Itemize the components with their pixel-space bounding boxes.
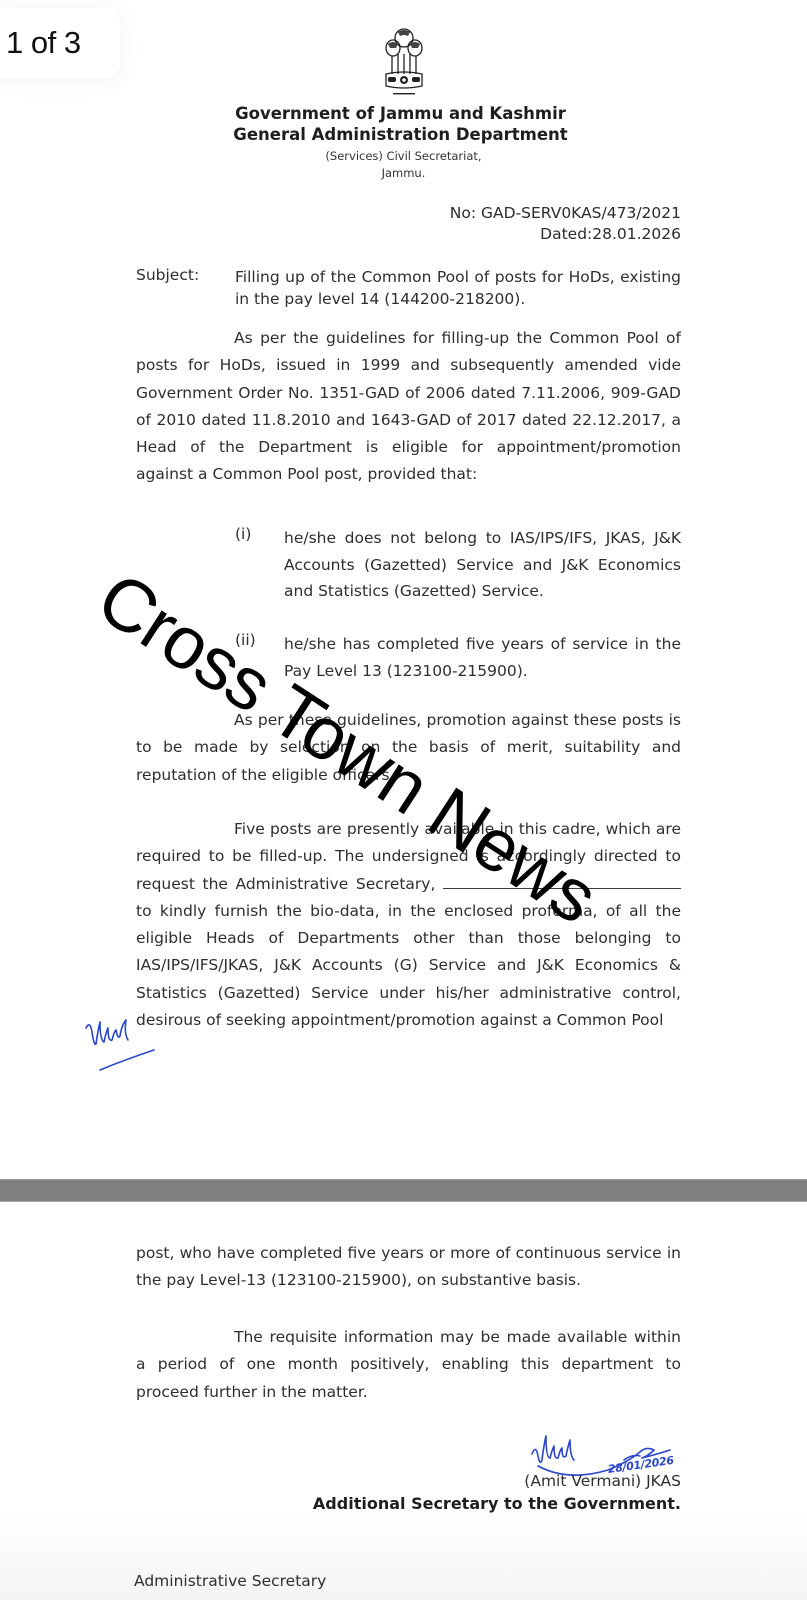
page-counter-badge: 1 of 3 [0, 8, 120, 78]
page-counter-text: 1 of 3 [6, 25, 81, 61]
paragraph-request: Five posts are presently available in th… [136, 816, 681, 1034]
paragraph-selection: As per these guidelines, promotion again… [136, 707, 681, 789]
letterhead-city: Jammu. [0, 166, 807, 180]
condition-1-label: (i) [235, 525, 251, 543]
reference-date: Dated:28.01.2026 [540, 225, 681, 243]
condition-2-text: he/she has completed five years of servi… [284, 631, 681, 684]
signatory-designation: Additional Secretary to the Government. [313, 1494, 681, 1513]
condition-2-label: (ii) [235, 631, 256, 649]
subject-label: Subject: [136, 266, 199, 284]
paragraph-deadline: The requisite information may be made av… [136, 1324, 681, 1406]
letterhead-government: Government of Jammu and Kashmir [0, 104, 804, 123]
subject-text: Filling up of the Common Pool of posts f… [235, 266, 681, 310]
paragraph-guidelines: As per the guidelines for filling-up the… [136, 325, 681, 489]
condition-1-text: he/she does not belong to IAS/IPS/IFS, J… [284, 525, 681, 605]
paragraph-continuation: post, who have completed five years or m… [136, 1240, 681, 1294]
initials-signature-icon [80, 1010, 160, 1080]
blank-fill-line [443, 874, 681, 889]
addressee-line: Administrative Secretary [134, 1572, 326, 1590]
reference-number: No: GAD-SERV0KAS/473/2021 [450, 204, 681, 222]
signatory-name: (Amit Vermani) JKAS [524, 1472, 681, 1490]
document-page-1: 1 of 3 Government [0, 0, 807, 1179]
letterhead-section: (Services) Civil Secretariat, [0, 149, 807, 163]
letterhead-department: General Administration Department [0, 125, 804, 144]
request-text-after-blank: to kindly furnish the bio-data, in the e… [136, 902, 681, 1029]
national-emblem-icon [378, 26, 430, 98]
page-separator [0, 1179, 807, 1202]
